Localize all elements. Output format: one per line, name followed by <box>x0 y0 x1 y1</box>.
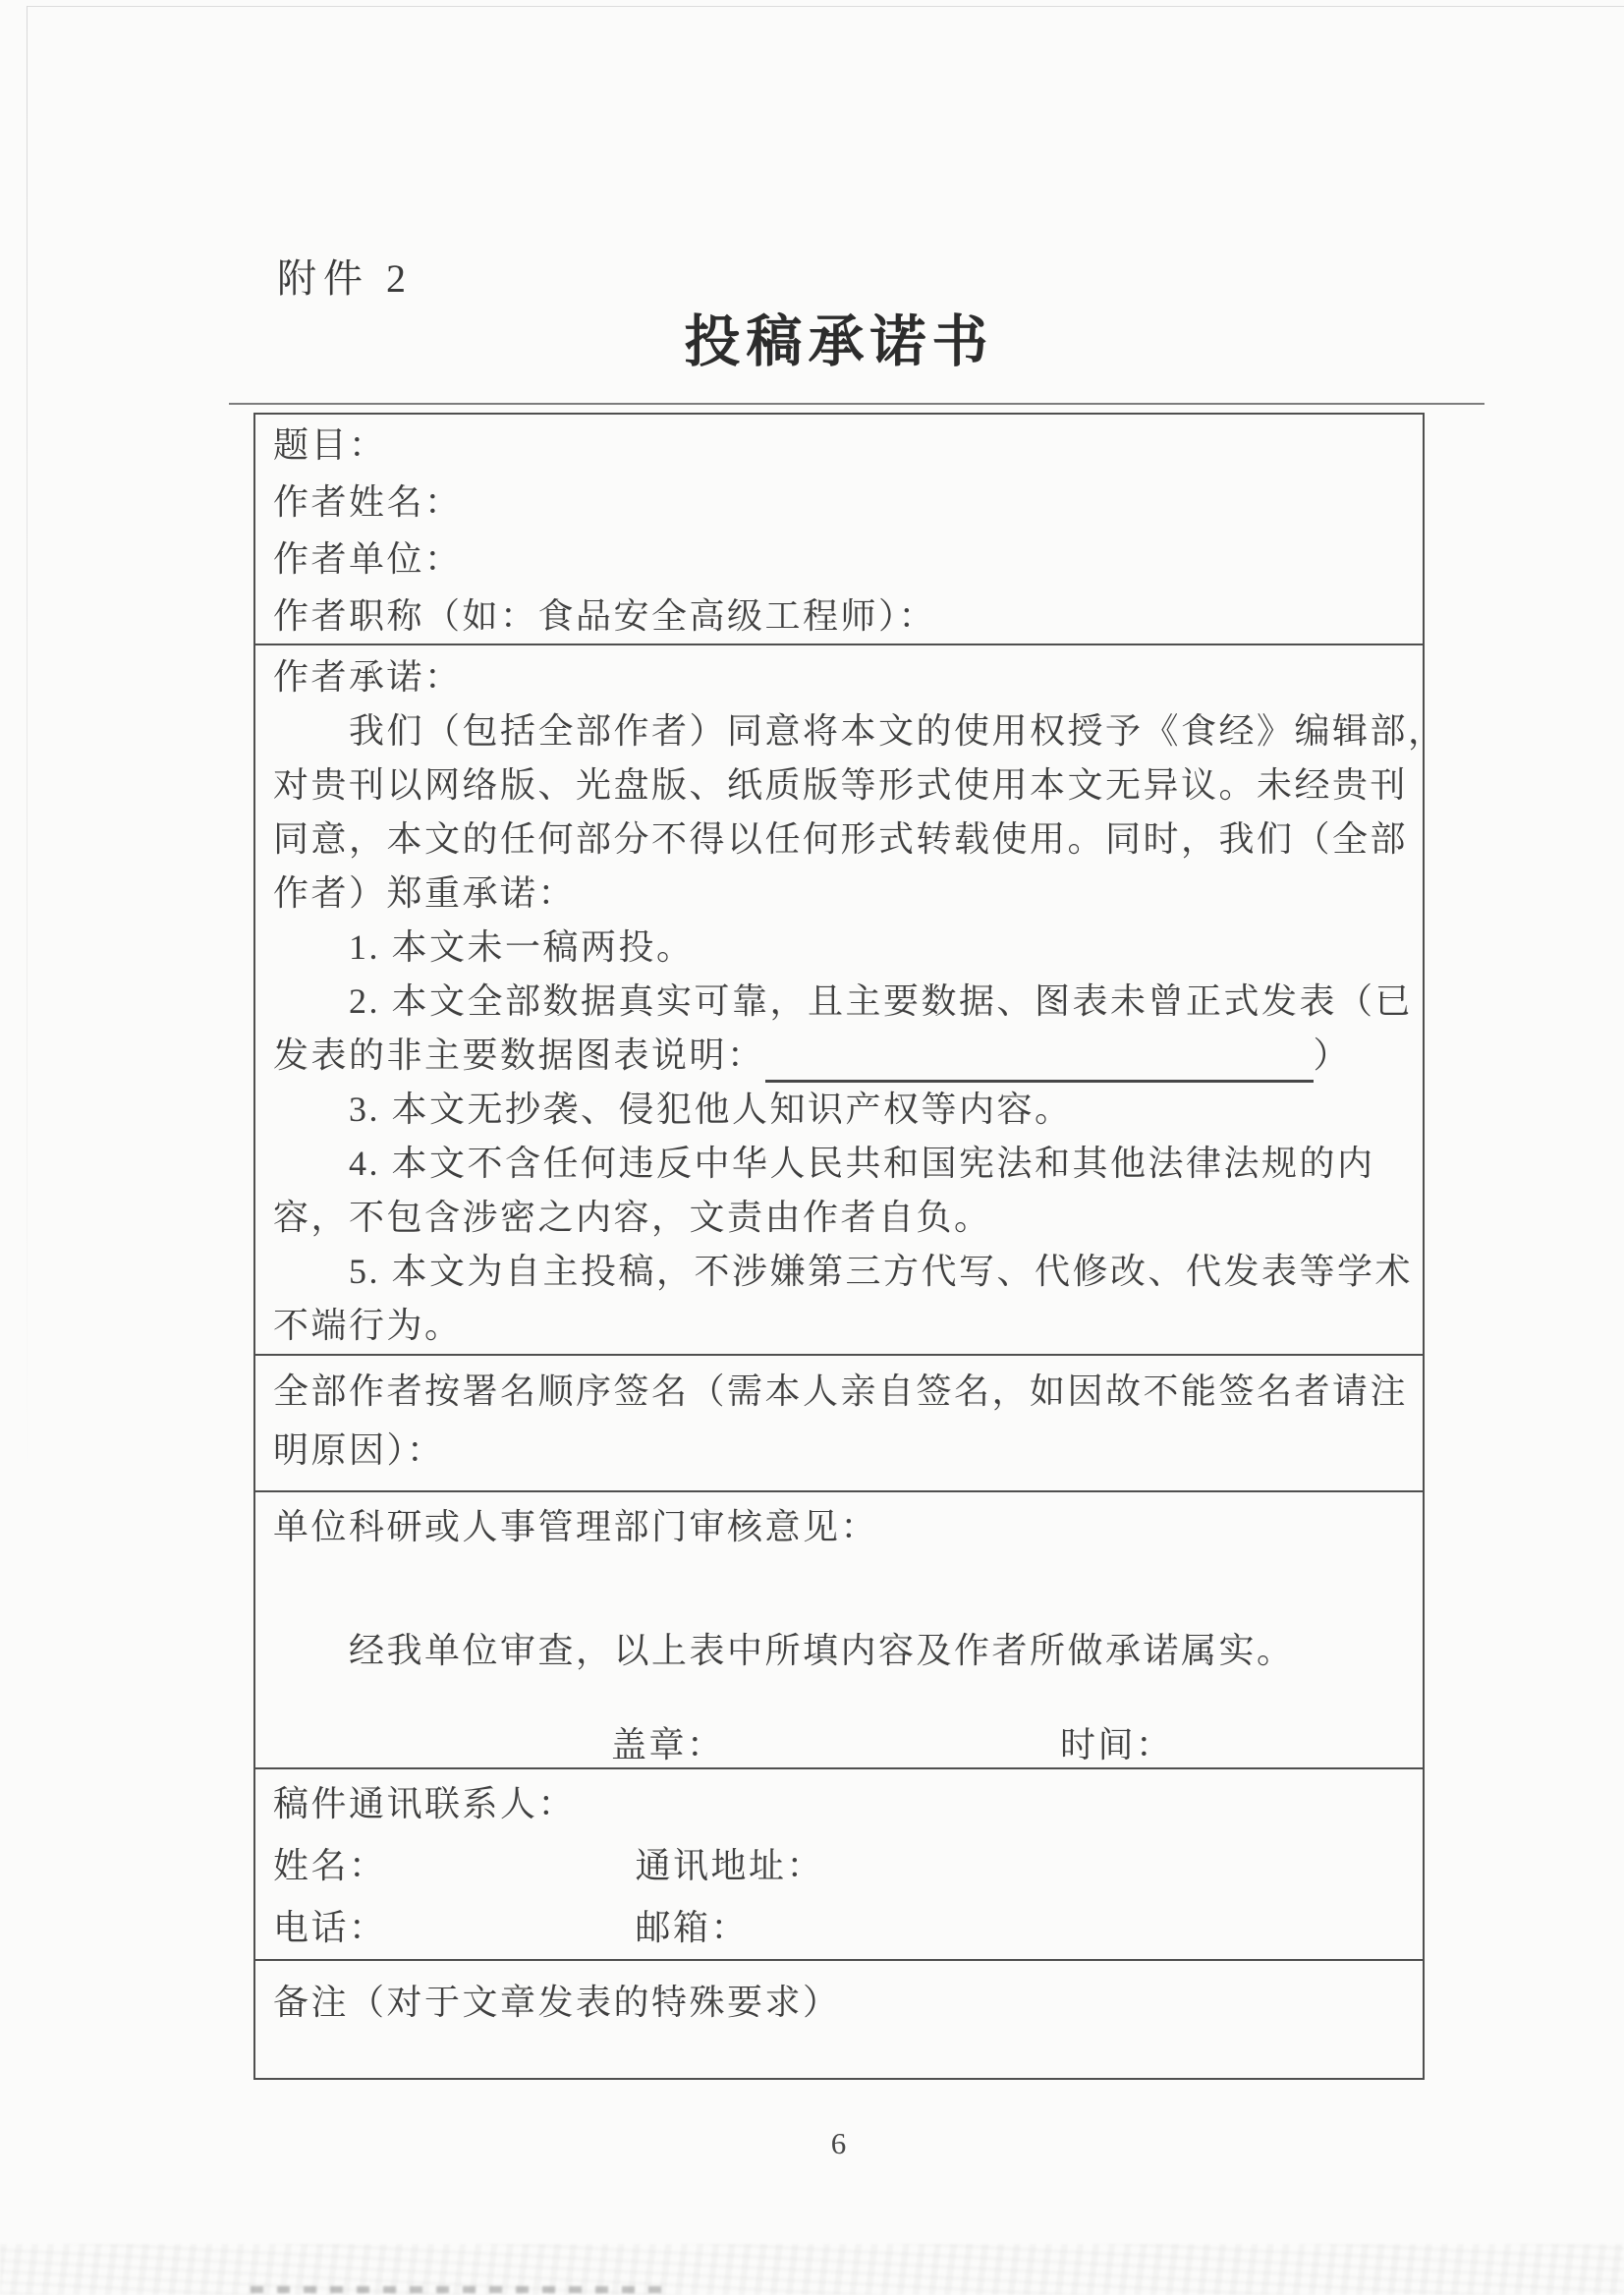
seal-label: 盖章： <box>611 1725 725 1764</box>
contact-address-label: 通讯地址： <box>636 1846 825 1885</box>
field-title-label: 题目： <box>273 417 1405 474</box>
commitment-item-4-line-1: 4. 本文不含任何违反中华人民共和国宪法和其他法律法规的内 <box>273 1137 1405 1191</box>
author-commitment-heading: 作者承诺： <box>273 650 1405 704</box>
contact-email-label: 邮箱： <box>636 1908 750 1947</box>
signature-section: 全部作者按署名顺序签名（需本人亲自签名，如因故不能签名者请注 明原因）： <box>255 1356 1423 1492</box>
commitment-item-3: 3. 本文无抄袭、侵犯他人知识产权等内容。 <box>273 1083 1405 1137</box>
contact-person-heading: 稿件通讯联系人： <box>273 1773 1405 1835</box>
scanned-document-page: 附件 2 投稿承诺书 题目： 作者姓名： 作者单位： 作者职称（如：食品安全高级… <box>0 0 1624 2295</box>
scan-artifact-line <box>229 403 1484 405</box>
remarks-label: 备注（对于文章发表的特殊要求） <box>273 1979 1405 2026</box>
review-opinion-heading: 单位科研或人事管理部门审核意见： <box>273 1504 1405 1549</box>
contact-phone-label: 电话： <box>273 1897 624 1959</box>
author-commitment-section: 作者承诺： 我们（包括全部作者）同意将本文的使用权授予《食经》编辑部， 对贵刊以… <box>255 645 1423 1356</box>
scan-paper-edge-left <box>27 6 28 1480</box>
review-section: 单位科研或人事管理部门审核意见： 经我单位审查，以上表中所填内容及作者所做承诺属… <box>255 1492 1423 1769</box>
contact-phone-email-row: 电话： 邮箱： <box>273 1897 1405 1959</box>
commitment-paragraph-line: 同意，本文的任何部分不得以任何形式转载使用。同时，我们（全部 <box>273 812 1405 867</box>
seal-and-time-row: 盖章： 时间： <box>273 1722 1405 1767</box>
blank-underline <box>765 1036 1314 1083</box>
review-statement: 经我单位审查，以上表中所填内容及作者所做承诺属实。 <box>273 1628 1405 1673</box>
scan-noise-band <box>0 2244 1624 2295</box>
commitment-item-2-line-2: 发表的非主要数据图表说明：） <box>273 1029 1405 1083</box>
signature-instruction-line-2: 明原因）： <box>273 1421 1405 1480</box>
scan-paper-edge-top <box>28 6 1624 7</box>
field-author-name-label: 作者姓名： <box>273 474 1405 531</box>
commitment-item-1: 1. 本文未一稿两投。 <box>273 921 1405 975</box>
commitment-form-table: 题目： 作者姓名： 作者单位： 作者职称（如：食品安全高级工程师）： 作者承诺：… <box>253 413 1425 2080</box>
contact-section: 稿件通讯联系人： 姓名： 通讯地址： 电话： 邮箱： <box>255 1769 1423 1961</box>
commitment-paragraph-line: 对贵刊以网络版、光盘版、纸质版等形式使用本文无异议。未经贵刊 <box>273 758 1405 812</box>
commitment-item-4-line-2: 容，不包含涉密之内容，文责由作者自负。 <box>273 1191 1405 1245</box>
attachment-label: 附件 2 <box>277 248 413 304</box>
commitment-paragraph-line: 作者）郑重承诺： <box>273 867 1405 921</box>
commitment-item-2-prefix: 发表的非主要数据图表说明： <box>273 1036 765 1075</box>
scan-bleed-through-marks <box>251 2286 673 2293</box>
field-author-affiliation-label: 作者单位： <box>273 531 1405 588</box>
contact-name-label: 姓名： <box>273 1835 624 1897</box>
commitment-item-2-line-1: 2. 本文全部数据真实可靠，且主要数据、图表未曾正式发表（已 <box>273 975 1405 1029</box>
document-title: 投稿承诺书 <box>253 297 1425 377</box>
commitment-item-2-suffix: ） <box>1314 1036 1352 1075</box>
commitment-item-5-line-1: 5. 本文为自主投稿，不涉嫌第三方代写、代修改、代发表等学术 <box>273 1245 1405 1299</box>
commitment-paragraph-line: 我们（包括全部作者）同意将本文的使用权授予《食经》编辑部， <box>273 704 1405 758</box>
page-number: 6 <box>253 2126 1425 2161</box>
time-label: 时间： <box>1060 1725 1174 1764</box>
basic-info-section: 题目： 作者姓名： 作者单位： 作者职称（如：食品安全高级工程师）： <box>255 415 1423 645</box>
remarks-section: 备注（对于文章发表的特殊要求） <box>255 1961 1423 2080</box>
signature-instruction-line-1: 全部作者按署名顺序签名（需本人亲自签名，如因故不能签名者请注 <box>273 1362 1405 1421</box>
contact-name-address-row: 姓名： 通讯地址： <box>273 1835 1405 1897</box>
field-author-position-label: 作者职称（如：食品安全高级工程师）： <box>273 588 1405 644</box>
commitment-item-5-line-2: 不端行为。 <box>273 1299 1405 1353</box>
